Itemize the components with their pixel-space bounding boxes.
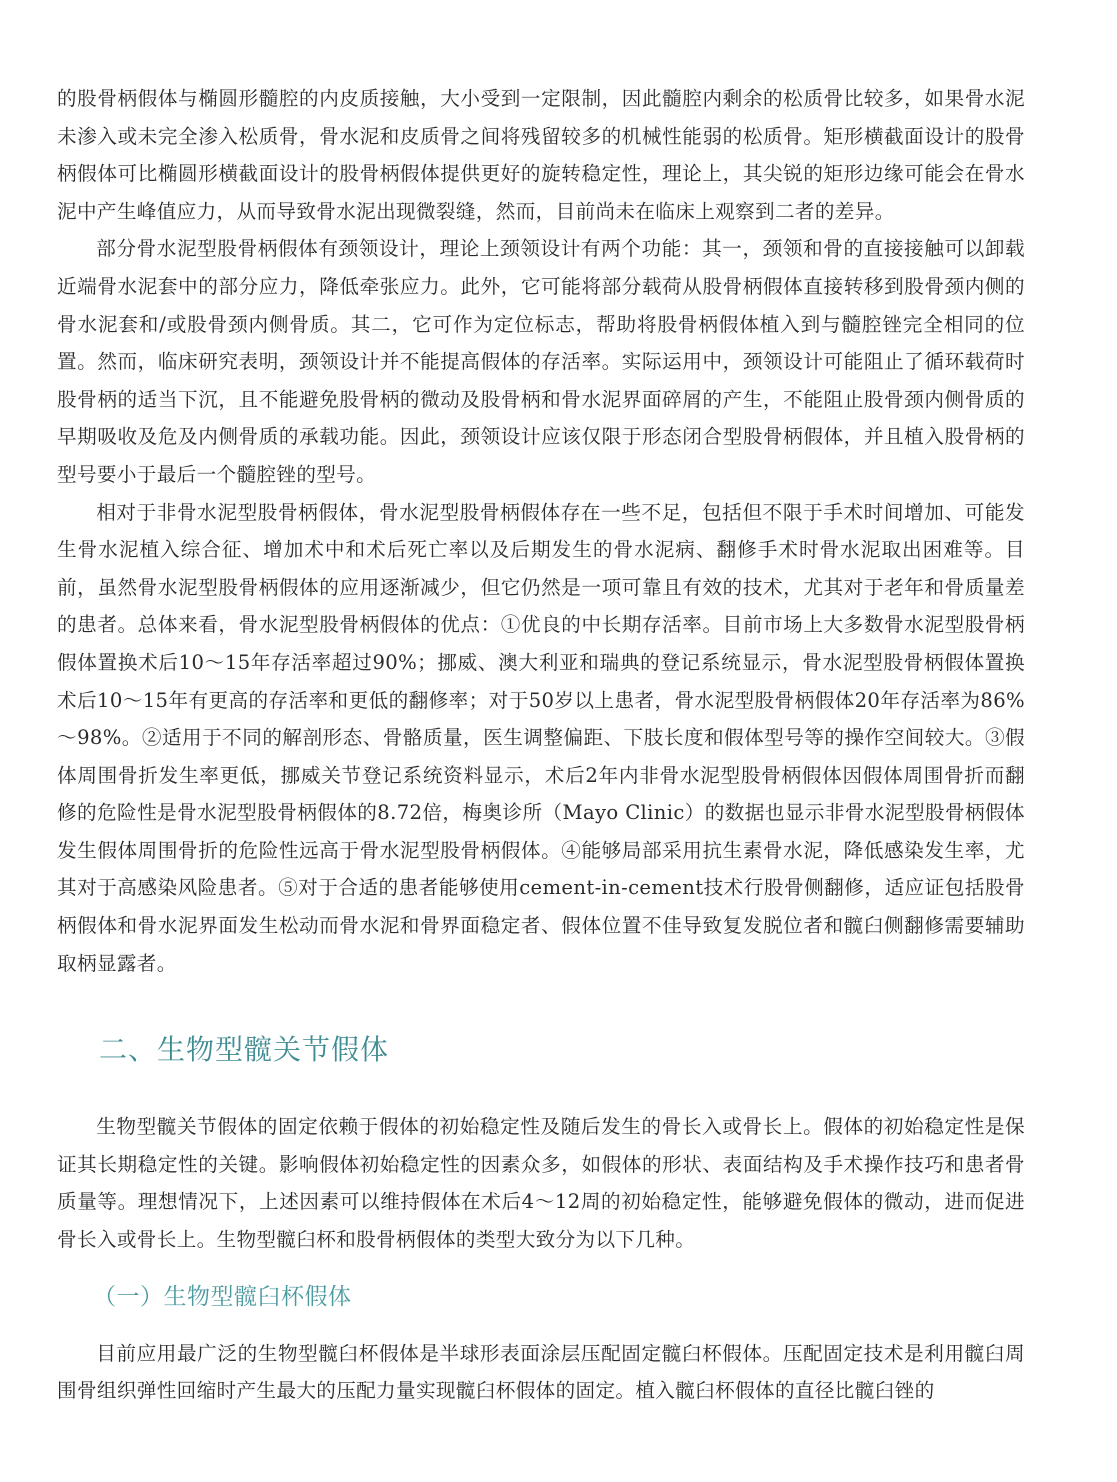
paragraph-cemented-advantages: 相对于非骨水泥型股骨柄假体，骨水泥型股骨柄假体存在一些不足，包括但不限于手术时间… <box>57 494 1025 983</box>
paragraph-collar-design: 部分骨水泥型股骨柄假体有颈领设计，理论上颈领设计有两个功能：其一，颈领和骨的直接… <box>57 230 1025 493</box>
section-heading: 二、生物型髋关节假体 <box>57 1030 1025 1070</box>
document-page: 的股骨柄假体与椭圆形髓腔的内皮质接触，大小受到一定限制，因此髓腔内剩余的松质骨比… <box>57 80 1025 1410</box>
paragraph-stem-cross-section: 的股骨柄假体与椭圆形髓腔的内皮质接触，大小受到一定限制，因此髓腔内剩余的松质骨比… <box>57 80 1025 230</box>
paragraph-acetabular-cup: 目前应用最广泛的生物型髋臼杯假体是半球形表面涂层压配固定髋臼杯假体。压配固定技术… <box>57 1335 1025 1410</box>
paragraph-biological-fixation: 生物型髋关节假体的固定依赖于假体的初始稳定性及随后发生的骨长入或骨长上。假体的初… <box>57 1108 1025 1258</box>
subsection-heading: （一）生物型髋臼杯假体 <box>57 1279 1025 1315</box>
